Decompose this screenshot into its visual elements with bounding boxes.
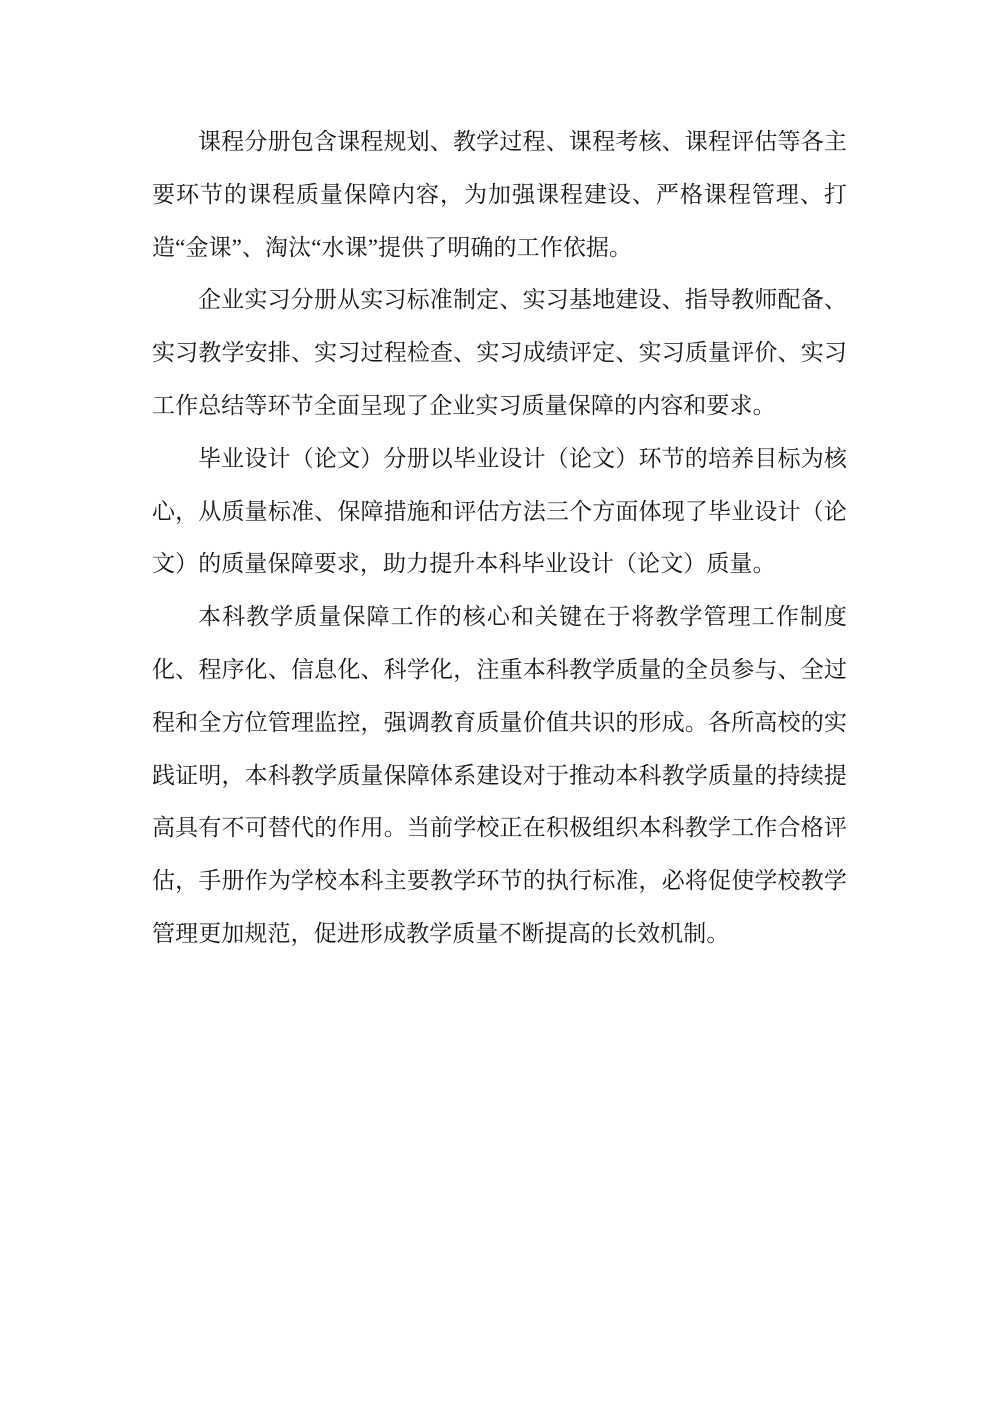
paragraph: 课程分册包含课程规划、教学过程、课程考核、课程评估等各主要环节的课程质量保障内容… xyxy=(152,116,847,274)
paragraph: 企业实习分册从实习标准制定、实习基地建设、指导教师配备、实习教学安排、实习过程检… xyxy=(152,274,847,432)
paragraph: 毕业设计（论文）分册以毕业设计（论文）环节的培养目标为核心，从质量标准、保障措施… xyxy=(152,433,847,591)
document-body: 课程分册包含课程规划、教学过程、课程考核、课程评估等各主要环节的课程质量保障内容… xyxy=(152,116,847,961)
document-page: 课程分册包含课程规划、教学过程、课程考核、课程评估等各主要环节的课程质量保障内容… xyxy=(0,0,1000,1414)
paragraph: 本科教学质量保障工作的核心和关键在于将教学管理工作制度化、程序化、信息化、科学化… xyxy=(152,591,847,961)
